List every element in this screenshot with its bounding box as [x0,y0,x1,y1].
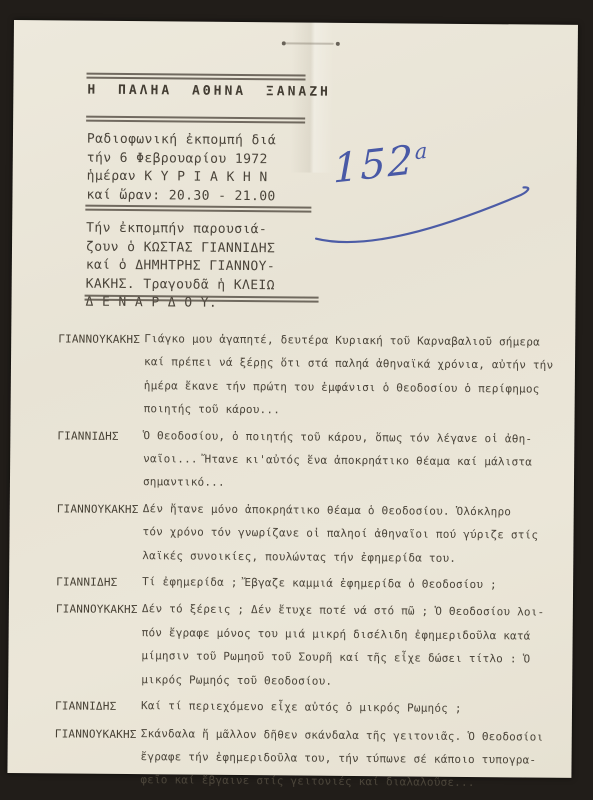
speaker-label: ΓΙΑΝΝΙΔΗΣ [56,569,142,594]
dialogue-row: ΓΙΑΝΝΙΔΗΣ Καί τί περιεχόμενο εἶχε αὐτός … [55,693,541,722]
page-number-suffix: a [415,139,428,165]
dialogue-row: ΓΙΑΝΝΟΥΚΑΚΗΣ Γιάγκο μου ἀγαπητέ, δευτέρα… [58,326,545,424]
double-rule [86,73,305,81]
page-title: Η ΠΑΛΗΑ ΑΘΗΝΑ ΞΑΝΑΖΗ [87,83,347,100]
staple-bar [286,42,334,44]
scanned-page: Η ΠΑΛΗΑ ΑΘΗΝΑ ΞΑΝΑΖΗ Ραδιοφωνική ἐκπομπή… [7,20,578,778]
staple-mark [280,38,340,49]
speech-text: Ὁ Θεοδοσίου, ὁ ποιητής τοῦ κάρου, ὅπως τ… [143,424,544,498]
speaker-label: ΓΙΑΝΝΙΔΗΣ [55,693,141,718]
underline-swoosh [312,175,563,252]
dialogue-row: ΓΙΑΝΝΟΥΚΑΚΗΣ Δέν ἤτανε μόνο ἀποκρηάτικο … [56,496,543,570]
speech-text: Σκάνδαλα ἤ μᾶλλον δῆθεν σκάνδαλα τῆς γει… [140,722,543,796]
dialogue-row: ΓΙΑΝΝΙΔΗΣ Ὁ Θεοδοσίου, ὁ ποιητής τοῦ κάρ… [57,423,544,497]
double-rule [86,116,305,124]
speaker-label: ΓΙΑΝΝΟΥΚΑΚΗΣ [58,326,145,420]
speaker-label: ΓΙΑΝΝΙΔΗΣ [57,423,144,494]
speech-text: Τί ἐφημερίδα ; Ἔβγαζε καμμιά ἐφημερίδα ὁ… [142,570,542,598]
dialogue-row: ΓΙΑΝΝΙΔΗΣ Τί ἐφημερίδα ; Ἔβγαζε καμμιά ἐ… [56,569,542,598]
speech-text: Γιάγκο μου ἀγαπητέ, δευτέρα Κυριακή τοῦ … [144,327,554,424]
staple-hole-left [282,41,286,45]
speech-text: Δέν ἤτανε μόνο ἀποκρηάτικο θέαμα ὁ Θεοδο… [142,497,543,571]
staple-hole-right [336,42,340,46]
speaker-label: ΓΙΑΝΝΟΥΚΑΚΗΣ [54,721,141,792]
dialogue-row: ΓΙΑΝΝΟΥΚΑΚΗΣ Δέν τό ξέρεις ; Δέν ἔτυχε π… [55,597,542,695]
speaker-label: ΓΙΑΝΝΟΥΚΑΚΗΣ [56,496,143,567]
dialogue-row: ΓΙΑΝΝΟΥΚΑΚΗΣ Σκάνδαλα ἤ μᾶλλον δῆθεν σκά… [54,721,541,795]
dialogue-script: ΓΙΑΝΝΟΥΚΑΚΗΣ Γιάγκο μου ἀγαπητέ, δευτέρα… [54,326,544,798]
double-rule [85,205,311,213]
speaker-label: ΓΙΑΝΝΟΥΚΑΚΗΣ [55,597,142,691]
broadcast-info: Ραδιοφωνική ἐκπομπή διά τήν 6 Φεβρουαρίο… [86,131,337,207]
speech-text: Καί τί περιεχόμενο εἶχε αὐτός ὁ μικρός Ρ… [141,694,541,722]
speech-text: Δέν τό ξέρεις ; Δέν ἔτυχε ποτέ νά στό πῶ… [141,598,544,695]
